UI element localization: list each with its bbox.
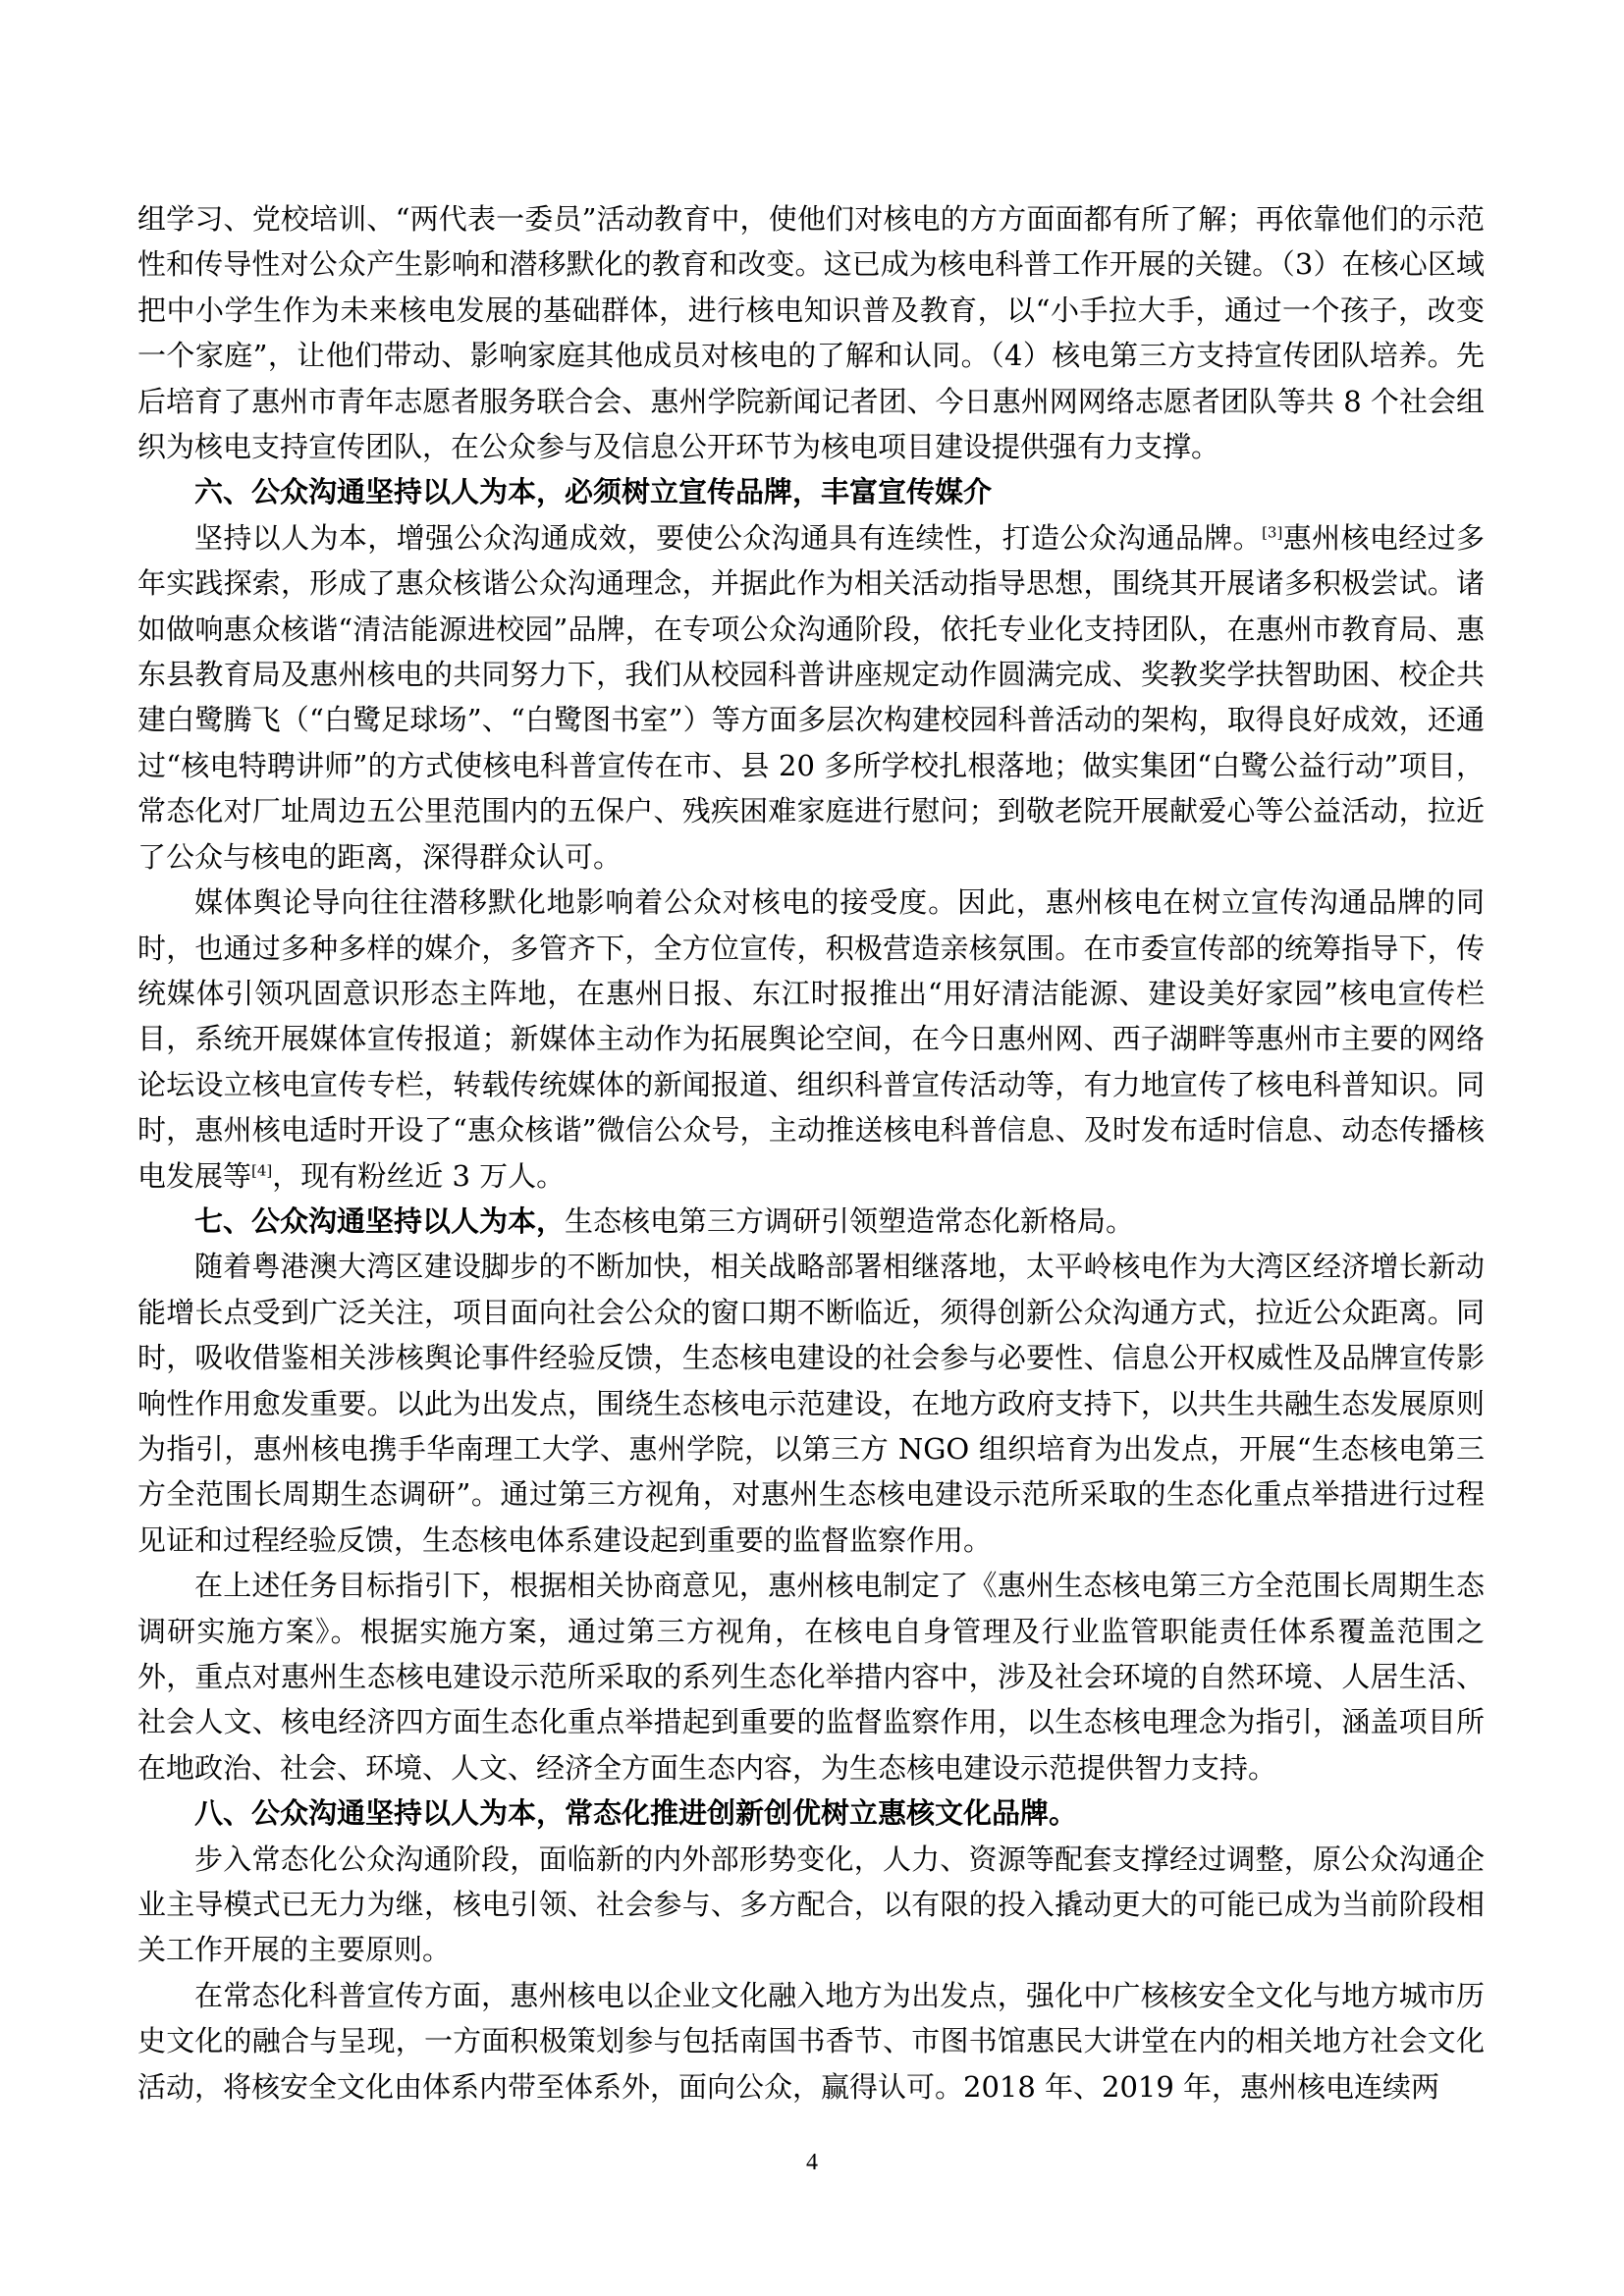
section-heading-7: 七、公众沟通坚持以人为本，生态核电第三方调研引领塑造常态化新格局。	[137, 1199, 1485, 1244]
paragraph-text: 坚持以人为本，增强公众沟通成效，要使公众沟通具有连续性，打造公众沟通品牌。	[194, 521, 1262, 555]
section-heading-6: 六、公众沟通坚持以人为本，必须树立宣传品牌，丰富宣传媒介	[137, 469, 1485, 514]
paragraph-plan: 在上述任务目标指引下，根据相关协商意见，惠州核电制定了《惠州生态核电第三方全范围…	[137, 1563, 1485, 1790]
paragraph-text: ，现有粉丝近 3 万人。	[272, 1159, 565, 1193]
document-page: 组学习、党校培训、“两代表一委员”活动教育中，使他们对核电的方方面面都有所了解；…	[137, 196, 1485, 2109]
paragraph-text: 惠州核电经过多年实践探索，形成了惠众核谐公众沟通理念，并据此作为相关活动指导思想…	[137, 521, 1485, 874]
paragraph-normalization: 步入常态化公众沟通阶段，面临新的内外部形势变化，人力、资源等配套支撑经过调整，原…	[137, 1837, 1485, 1973]
page-number: 4	[0, 2150, 1624, 2176]
citation-ref-4: [4]	[251, 1161, 272, 1179]
citation-ref-3: [3]	[1262, 523, 1282, 541]
paragraph-continuation: 组学习、党校培训、“两代表一委员”活动教育中，使他们对核电的方方面面都有所了解；…	[137, 196, 1485, 469]
paragraph-brand: 坚持以人为本，增强公众沟通成效，要使公众沟通具有连续性，打造公众沟通品牌。[3]…	[137, 515, 1485, 880]
paragraph-text: 媒体舆论导向往往潜移默化地影响着公众对核电的接受度。因此，惠州核电在树立宣传沟通…	[137, 885, 1485, 1192]
section-heading-8: 八、公众沟通坚持以人为本，常态化推进创新创优树立惠核文化品牌。	[137, 1790, 1485, 1836]
paragraph-media: 媒体舆论导向往往潜移默化地影响着公众对核电的接受度。因此，惠州核电在树立宣传沟通…	[137, 880, 1485, 1199]
heading-bold-part: 七、公众沟通坚持以人为本，	[194, 1204, 565, 1238]
paragraph-greater-bay: 随着粤港澳大湾区建设脚步的不断加快，相关战略部署相继落地，太平岭核电作为大湾区经…	[137, 1244, 1485, 1563]
paragraph-culture: 在常态化科普宣传方面，惠州核电以企业文化融入地方为出发点，强化中广核核安全文化与…	[137, 1973, 1485, 2109]
heading-normal-part: 生态核电第三方调研引领塑造常态化新格局。	[565, 1204, 1134, 1238]
